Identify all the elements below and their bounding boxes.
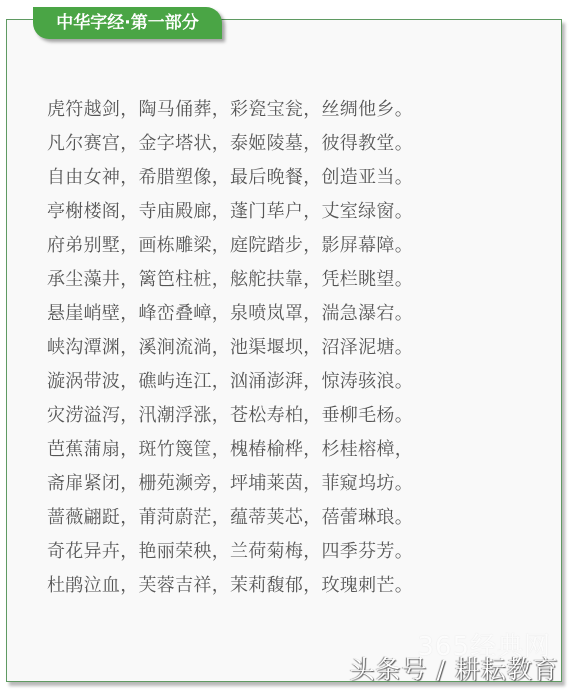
verse-line: 凡尔赛宫，金字塔状，泰姬陵墓，彼得教堂。 — [47, 127, 413, 161]
verse-line: 虎符越剑，陶马俑葬，彩瓷宝瓮，丝绸他乡。 — [47, 93, 413, 127]
section-title: 中华字经·第一部分 — [33, 7, 222, 39]
verse-line: 承尘藻井，篱笆柱桩，舷舵扶靠，凭栏眺望。 — [47, 263, 413, 297]
verse-line: 峡沟潭渊，溪涧流淌，池渠堰坝，沼泽泥塘。 — [47, 331, 413, 365]
verse-line: 斋扉紧闭，栅苑濒旁，坪埔莱茵，菲窥坞坊。 — [47, 467, 413, 501]
verse-line: 漩涡带波，礁屿连江，汹涌澎湃，惊涛骇浪。 — [47, 365, 413, 399]
verse-line: 自由女神，希腊塑像，最后晚餐，创造亚当。 — [47, 161, 413, 195]
author-watermark: 头条号 / 耕耘教育 — [350, 650, 559, 686]
verse-line: 奇花异卉，艳丽荣秧，兰荷菊梅，四季芬芳。 — [47, 535, 413, 569]
verse-line: 蔷薇翩跹，莆菏蔚茫，蕴蒂荚芯，蓓蕾琳琅。 — [47, 501, 413, 535]
verse-line: 芭蕉蒲扇，斑竹篾筐，槐椿榆桦，杉桂榕樟， — [47, 433, 413, 467]
verse-line: 杜鹃泣血，芙蓉吉祥，茉莉馥郁，玫瑰刺芒。 — [47, 569, 413, 603]
verse-line: 灾涝溢泻，汛潮浮涨，苍松寿柏，垂柳毛杨。 — [47, 399, 413, 433]
verse-line: 悬崖峭壁，峰峦叠嶂，泉喷岚罩，湍急瀑宕。 — [47, 297, 413, 331]
verse-line: 亭榭楼阁，寺庙殿廊，蓬门荜户，丈室绿窗。 — [47, 195, 413, 229]
verse-list: 虎符越剑，陶马俑葬，彩瓷宝瓮，丝绸他乡。 凡尔赛宫，金字塔状，泰姬陵墓，彼得教堂… — [47, 93, 413, 603]
verse-line: 府弟别墅，画栋雕梁，庭院踏步，影屏幕障。 — [47, 229, 413, 263]
